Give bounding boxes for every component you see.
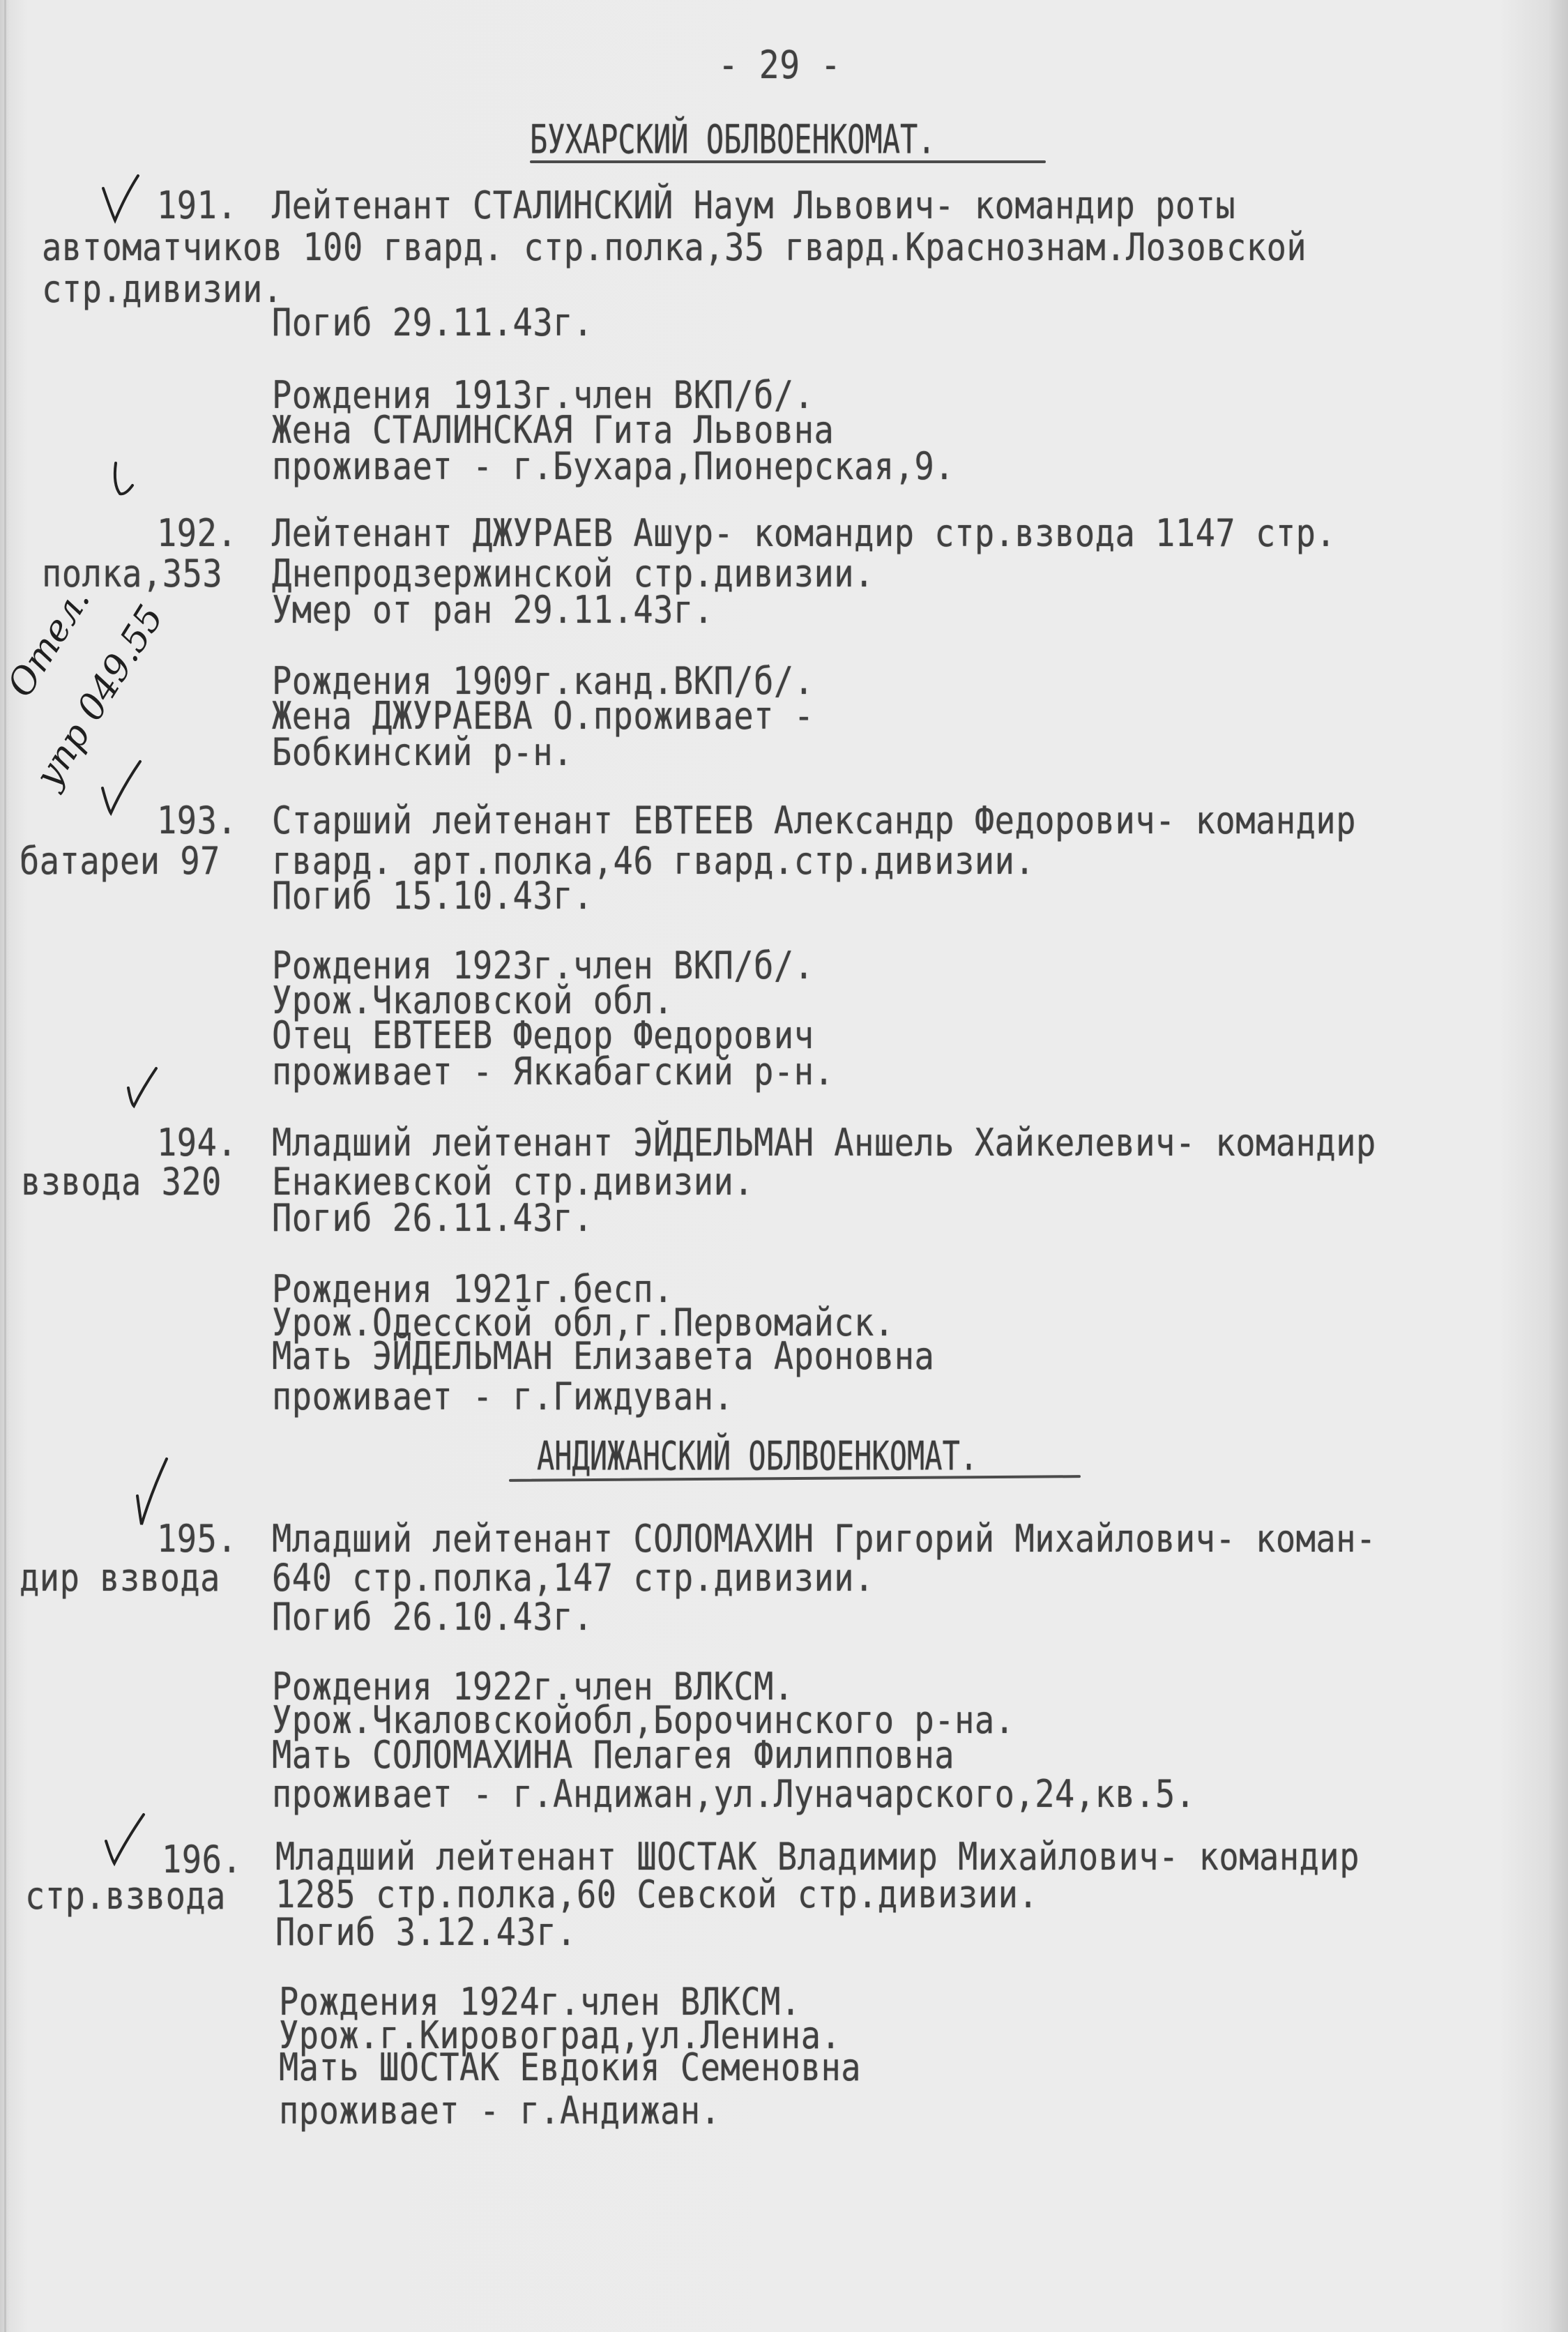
section-heading-andijan: АНДИЖАНСКИЙ ОБЛВОЕНКОМАТ. [537, 1437, 977, 1476]
entry-line: Енакиевской стр.дивизии. [272, 1163, 754, 1201]
detail-line: проживает - г.Бухара,Пионерская,9. [272, 448, 954, 485]
document-page: - 29 - БУХАРСКИЙ ОБЛВОЕНКОМАТ. 191. Лейт… [0, 0, 1568, 2332]
death-date: Умер от ран 29.11.43г. [272, 591, 714, 629]
entry-line: Лейтенант ДЖУРАЕВ Ашур- командир стр.взв… [272, 515, 1336, 552]
detail-line: проживает - Яккабагский р-н. [272, 1053, 834, 1091]
entry-line: 1285 стр.полка,60 Севской стр.дивизии. [275, 1876, 1038, 1914]
entry-line: Лейтенант СТАЛИНСКИЙ Наум Львович- коман… [272, 187, 1235, 225]
entry-margin-prefix: дир взвода [20, 1559, 220, 1597]
detail-line: Мать СОЛОМАХИНА Пелагея Филипповна [272, 1736, 954, 1774]
detail-line: Мать ЭЙДЕЛЬМАН Елизавета Ароновна [272, 1338, 934, 1375]
entry-number: 192. [157, 515, 237, 552]
entry-line: Днепродзержинской стр.дивизии. [272, 555, 874, 593]
detail-line: Отец ЕВТЕЕВ Федор Федорович [272, 1017, 814, 1054]
detail-line: Жена ДЖУРАЕВА О.проживает - [272, 697, 814, 735]
entry-number: 194. [157, 1124, 237, 1162]
entry-line: Младший лейтенант ШОСТАК Владимир Михайл… [275, 1838, 1360, 1876]
checkmark-icon [101, 760, 143, 819]
entry-line: 640 стр.полка,147 стр.дивизии. [272, 1559, 874, 1597]
death-date: Погиб 26.11.43г. [272, 1199, 593, 1237]
entry-margin-prefix: стр.взвода [25, 1877, 226, 1915]
checkmark-icon [112, 460, 139, 505]
checkmark-icon [105, 1813, 146, 1872]
detail-line: Мать ШОСТАК Евдокия Семеновна [279, 2049, 861, 2087]
page-number: - 29 - [718, 46, 841, 84]
detail-line: проживает - г.Андижан,ул.Луначарского,24… [272, 1775, 1196, 1813]
entry-line: Старший лейтенант ЕВТЕЕВ Александр Федор… [272, 802, 1356, 840]
entry-number: 193. [157, 802, 237, 840]
entry-line: Младший лейтенант СОЛОМАХИН Григорий Мих… [272, 1520, 1376, 1558]
entry-number: 196. [162, 1841, 242, 1879]
death-date: Погиб 15.10.43г. [272, 877, 593, 915]
detail-line: проживает - г.Андижан. [279, 2092, 721, 2130]
checkmark-icon [125, 1067, 160, 1112]
entry-margin-prefix: взвода 320 [21, 1163, 222, 1201]
death-date: Погиб 3.12.43г. [275, 1914, 577, 1951]
heading-underline [530, 160, 1046, 163]
detail-line: проживает - г.Гиждуван. [272, 1378, 733, 1416]
entry-line: Младший лейтенант ЭЙДЕЛЬМАН Аншель Хайке… [272, 1124, 1376, 1162]
death-date: Погиб 26.10.43г. [272, 1598, 593, 1636]
entry-number: 191. [157, 187, 237, 225]
checkmark-icon [98, 174, 139, 226]
detail-line: Жена СТАЛИНСКАЯ Гита Львовна [272, 411, 834, 449]
entry-line: стр.дивизии. [42, 271, 283, 308]
death-date: Погиб 29.11.43г. [272, 304, 593, 342]
entry-margin-prefix: батареи 97 [20, 842, 220, 880]
entry-number: 195. [157, 1520, 237, 1558]
entry-line: автоматчиков 100 гвард. стр.полка,35 гва… [42, 229, 1307, 266]
detail-line: Бобкинский р-н. [272, 734, 573, 771]
section-heading-bukhara: БУХАРСКИЙ ОБЛВОЕНКОМАТ. [530, 120, 936, 160]
